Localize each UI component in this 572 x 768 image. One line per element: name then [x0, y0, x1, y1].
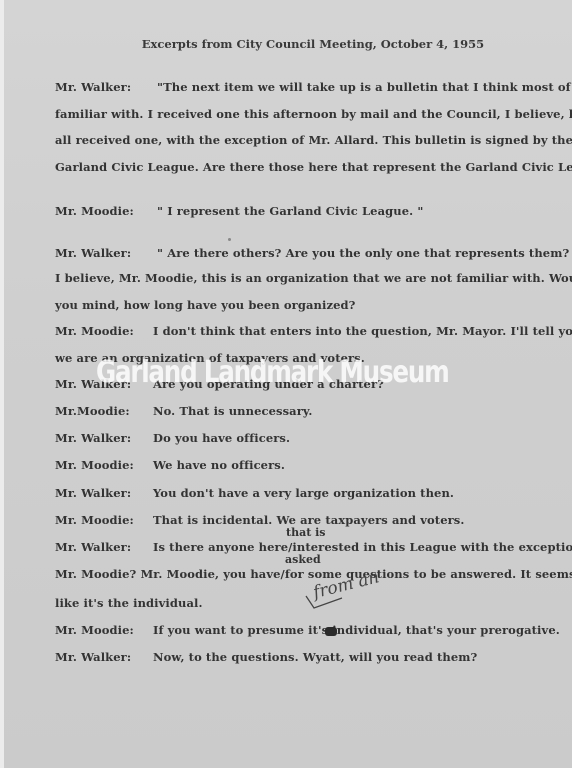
line-text: Garland Civic League. Are there those he…: [55, 160, 572, 174]
speaker-label: Mr.Moodie:: [55, 404, 153, 418]
transcript-line: Mr. Walker:Now, to the questions. Wyatt,…: [55, 650, 477, 664]
transcript-line: Garland Civic League. Are there those he…: [55, 160, 572, 174]
transcript-line: Mr. Moodie:We have no officers.: [55, 458, 285, 472]
line-text: "The next item we will take up is a bull…: [157, 80, 572, 94]
museum-watermark: Garland Landmark Museum: [96, 355, 449, 390]
transcript-line: Mr. Moodie:If you want to presume it's i…: [55, 623, 560, 637]
transcript-line: Mr. Walker:You don't have a very large o…: [55, 486, 454, 500]
line-text: No. That is unnecessary.: [153, 404, 312, 418]
document-page: Excerpts from City Council Meeting, Octo…: [4, 0, 572, 768]
transcript-line: Mr. Moodie:That is incidental. We are ta…: [55, 513, 464, 527]
speaker-label: Mr. Walker:: [55, 486, 153, 500]
struck-out-word: [325, 627, 337, 636]
speaker-label: Mr. Walker:: [55, 540, 153, 554]
speaker-label: Mr. Walker:: [55, 650, 153, 664]
line-text: " Are there others? Are you the only one…: [157, 246, 569, 260]
line-text: If you want to presume it's individual, …: [153, 623, 560, 637]
transcript-line: Mr. Walker:"The next item we will take u…: [55, 80, 572, 94]
transcript-line: like it's the individual.: [55, 596, 203, 610]
transcript-line: Mr. Moodie? Mr. Moodie, you have/for som…: [55, 567, 572, 581]
interlinear-insertion: asked: [285, 553, 321, 566]
speaker-label: Mr. Walker:: [55, 431, 153, 445]
line-text: I don't think that enters into the quest…: [153, 324, 572, 338]
line-text: You don't have a very large organization…: [153, 486, 454, 500]
transcript-line: Mr.Moodie:No. That is unnecessary.: [55, 404, 312, 418]
speaker-label: Mr. Moodie:: [55, 324, 153, 338]
line-text: Is there anyone here/interested in this …: [153, 540, 572, 554]
line-text: " I represent the Garland Civic League. …: [157, 204, 423, 218]
speaker-label: Mr. Moodie:: [55, 204, 157, 218]
line-text: like it's the individual.: [55, 596, 203, 610]
scan-speck: [228, 238, 231, 241]
interlinear-insertion: that is: [286, 526, 326, 539]
transcript-line: Mr. Moodie:I don't think that enters int…: [55, 324, 572, 338]
speaker-label: Mr. Moodie:: [55, 513, 153, 527]
transcript-line: Mr. Walker:Do you have officers.: [55, 431, 290, 445]
line-text: familiar with. I received one this after…: [55, 107, 572, 121]
speaker-label: Mr. Moodie:: [55, 623, 153, 637]
transcript-line: familiar with. I received one this after…: [55, 107, 572, 121]
transcript-line: Mr. Walker:Is there anyone here/interest…: [55, 540, 572, 554]
transcript-line: Mr. Walker:" Are there others? Are you t…: [55, 246, 569, 260]
transcript-line: you mind, how long have you been organiz…: [55, 298, 356, 312]
transcript-line: I believe, Mr. Moodie, this is an organi…: [55, 271, 572, 285]
speaker-label: Mr. Walker:: [55, 246, 157, 260]
line-text: Mr. Moodie? Mr. Moodie, you have/for som…: [55, 567, 572, 581]
speaker-label: Mr. Walker:: [55, 80, 157, 94]
transcript-line: Mr. Moodie:" I represent the Garland Civ…: [55, 204, 423, 218]
speaker-label: Mr. Moodie:: [55, 458, 153, 472]
line-text: you mind, how long have you been organiz…: [55, 298, 356, 312]
line-text: all received one, with the exception of …: [55, 133, 572, 147]
insertion-caret-mark: [304, 594, 344, 610]
document-title: Excerpts from City Council Meeting, Octo…: [4, 37, 572, 51]
line-text: I believe, Mr. Moodie, this is an organi…: [55, 271, 572, 285]
transcript-line: all received one, with the exception of …: [55, 133, 572, 147]
line-text: That is incidental. We are taxpayers and…: [153, 513, 464, 527]
line-text: Do you have officers.: [153, 431, 290, 445]
line-text: We have no officers.: [153, 458, 285, 472]
line-text: Now, to the questions. Wyatt, will you r…: [153, 650, 477, 664]
